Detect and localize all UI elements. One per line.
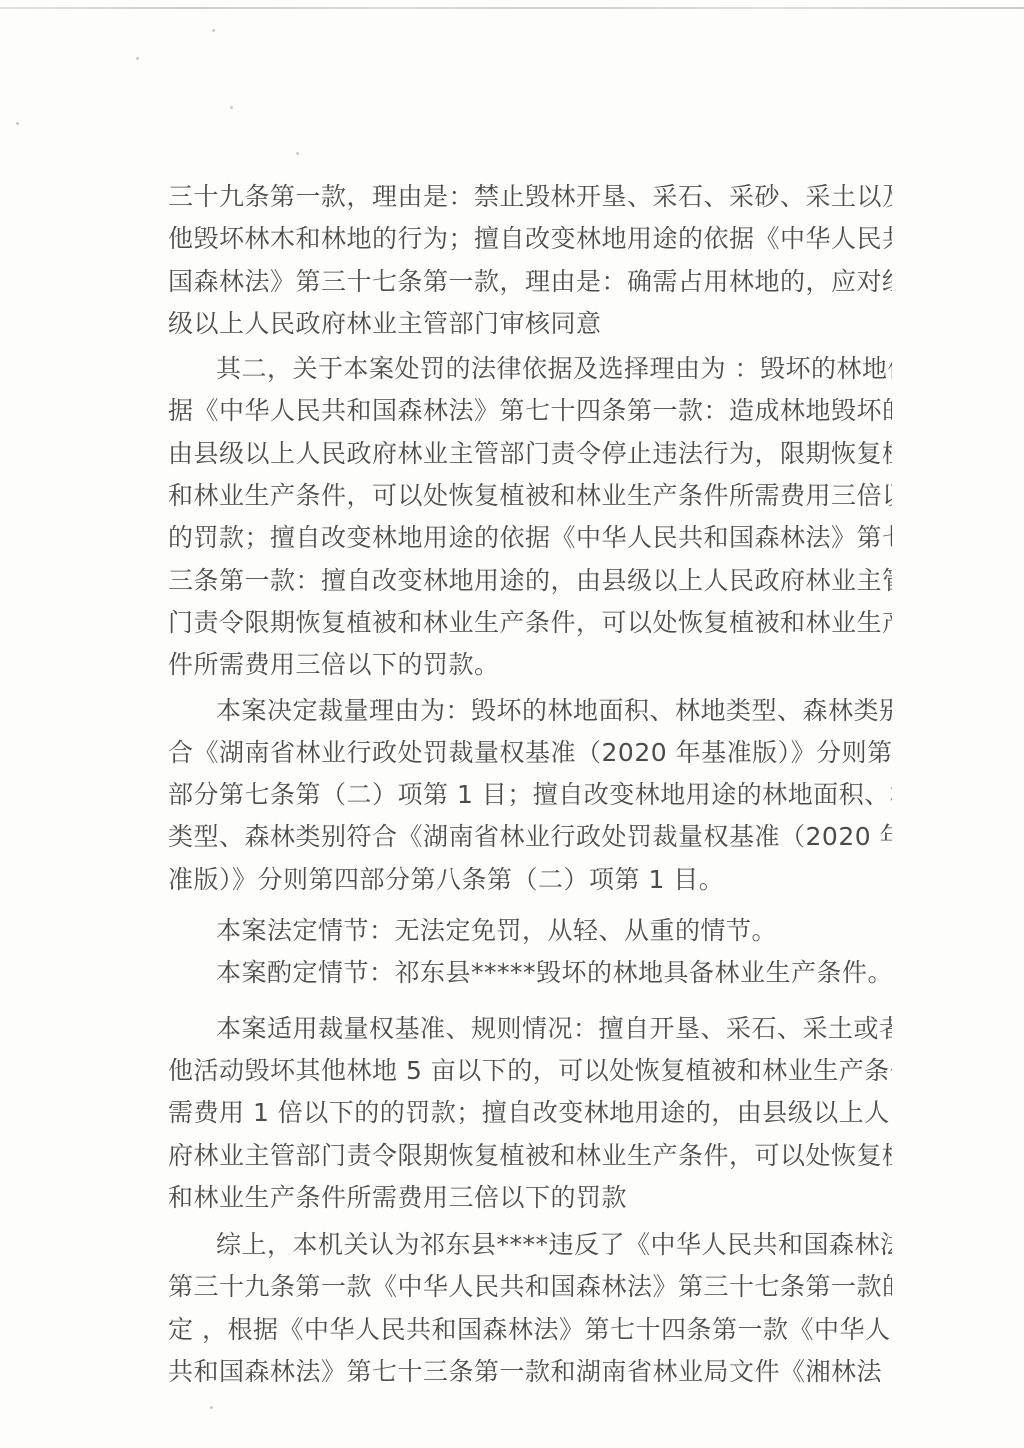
text-line: 综上，本机关认为祁东县****违反了《中华人民共和国森林法》 [168,1224,892,1266]
text-line: 件所需费用三倍以下的罚款。 [168,644,892,686]
text-line: 和林业生产条件所需费用三倍以下的罚款 [168,1177,892,1219]
scan-speck [296,152,299,155]
text-line: 他活动毁坏其他林地 5 亩以下的，可以处恢复植被和林业生产条件所 [168,1050,892,1092]
text-line: 国森林法》第三十七条第一款，理由是：确需占用林地的，应对经县 [168,261,892,303]
document-page: 三十九条第一款，理由是：禁止毁林开垦、采石、采砂、采土以及其他毁坏林木和林地的行… [0,0,1024,1448]
scan-speck [230,106,233,109]
text-line: 准版）》分则第四部分第八条第（二）项第 1 目。 [168,859,892,901]
text-line: 的罚款；擅自改变林地用途的依据《中华人民共和国森林法》第七十 [168,517,892,559]
paragraph: 其二，关于本案处罚的法律依据及选择理由为 ：毁坏的林地依据《中华人民共和国森林法… [168,348,892,686]
text-line: 据《中华人民共和国森林法》第七十四条第一款：造成林地毁坏的， [168,390,892,432]
text-line: 级以上人民政府林业主管部门审核同意 [168,303,892,345]
text-line: 三条第一款：擅自改变林地用途的，由县级以上人民政府林业主管部 [168,560,892,602]
paragraph: 本案适用裁量权基准、规则情况：擅自开垦、采石、采土或者其他活动毁坏其他林地 5 … [168,1008,892,1219]
text-line: 本案法定情节：无法定免罚，从轻、从重的情节。 [168,910,892,952]
paragraph: 本案决定裁量理由为：毁坏的林地面积、林地类型、森林类别符合《湖南省林业行政处罚裁… [168,690,892,901]
scan-edge-artifact [0,7,1024,9]
text-line: 其二，关于本案处罚的法律依据及选择理由为 ：毁坏的林地依 [168,348,892,390]
paragraph: 综上，本机关认为祁东县****违反了《中华人民共和国森林法》第三十九条第一款《中… [168,1224,892,1393]
text-line: 部分第七条第（二）项第 1 目；擅自改变林地用途的林地面积、林地 [168,774,892,816]
scan-speck [16,122,19,125]
paragraph: 三十九条第一款，理由是：禁止毁林开垦、采石、采砂、采土以及其他毁坏林木和林地的行… [168,176,892,345]
text-line: 本案适用裁量权基准、规则情况：擅自开垦、采石、采土或者其 [168,1008,892,1050]
text-line: 共和国森林法》第七十三条第一款和湖南省林业局文件《湘林法 [168,1351,892,1393]
scan-speck [212,29,215,32]
text-line: 合《湖南省林业行政处罚裁量权基准（2020 年基准版）》分则第四 [168,732,892,774]
text-line: 本案决定裁量理由为：毁坏的林地面积、林地类型、森林类别符 [168,690,892,732]
text-line: 他毁坏林木和林地的行为；擅自改变林地用途的依据《中华人民共和 [168,218,892,260]
document-body: 三十九条第一款，理由是：禁止毁林开垦、采石、采砂、采土以及其他毁坏林木和林地的行… [168,176,892,1393]
text-line: 定 ，根据《中华人民共和国森林法》第七十四条第一款《中华人民 [168,1309,892,1351]
scan-speck [136,57,139,60]
text-line: 由县级以上人民政府林业主管部门责令停止违法行为，限期恢复植被 [168,433,892,475]
text-line: 本案酌定情节：祁东县*****毁坏的林地具备林业生产条件。 [168,952,892,994]
text-line: 第三十九条第一款《中华人民共和国森林法》第三十七条第一款的规 [168,1266,892,1308]
text-line: 和林业生产条件，可以处恢复植被和林业生产条件所需费用三倍以下 [168,475,892,517]
text-line: 门责令限期恢复植被和林业生产条件，可以处恢复植被和林业生产条 [168,602,892,644]
paragraph: 本案酌定情节：祁东县*****毁坏的林地具备林业生产条件。 [168,952,892,994]
scan-speck [210,1406,213,1409]
text-line: 类型、森林类别符合《湖南省林业行政处罚裁量权基准（2020 年基 [168,816,892,858]
paragraph: 本案法定情节：无法定免罚，从轻、从重的情节。 [168,910,892,952]
text-line: 府林业主管部门责令限期恢复植被和林业生产条件，可以处恢复植被 [168,1135,892,1177]
text-line: 三十九条第一款，理由是：禁止毁林开垦、采石、采砂、采土以及其 [168,176,892,218]
text-line: 需费用 1 倍以下的的罚款；擅自改变林地用途的，由县级以上人民政 [168,1092,892,1134]
